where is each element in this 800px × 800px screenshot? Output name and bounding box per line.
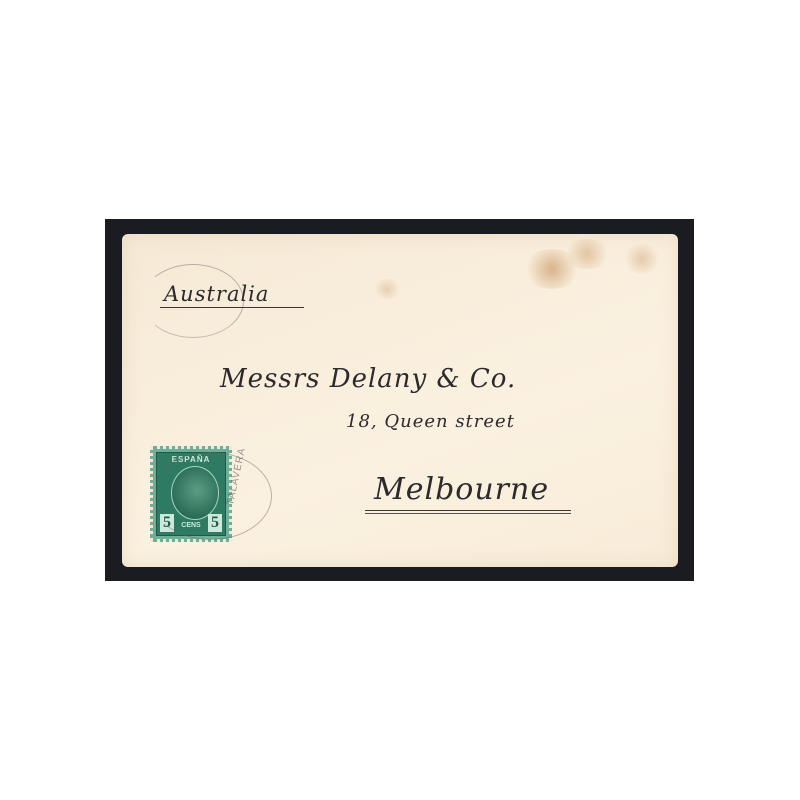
city-underline bbox=[365, 510, 571, 511]
city-name: Melbourne bbox=[374, 472, 549, 507]
postmark-cancel bbox=[150, 452, 272, 540]
destination-country: Australia bbox=[164, 282, 269, 306]
foxing-stain bbox=[372, 279, 402, 299]
country-underline bbox=[160, 307, 304, 308]
addressee-name: Messrs Delany & Co. bbox=[220, 364, 516, 394]
foxing-stain bbox=[622, 244, 662, 274]
city-underline-second bbox=[365, 513, 571, 514]
foxing-stain bbox=[562, 239, 612, 269]
envelope: Australia Messrs Delany & Co. 18, Queen … bbox=[122, 234, 678, 567]
street-address: 18, Queen street bbox=[346, 411, 515, 432]
